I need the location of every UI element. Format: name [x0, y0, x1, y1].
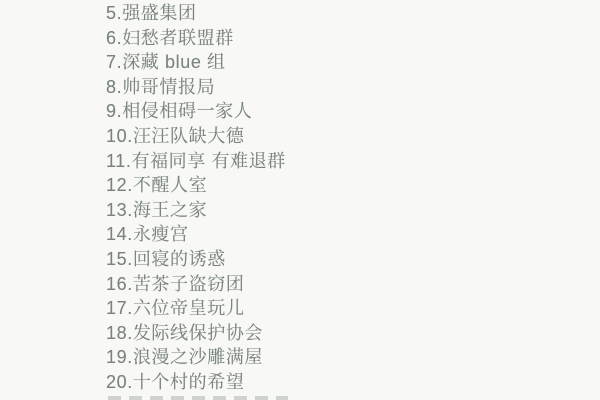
group-name-list: 5.强盛集团 6.妇愁者联盟群 7.深藏 blue 组 8.帅哥情报局 9.相侵… [0, 0, 600, 400]
list-item: 11.有福同享 有难退群 [106, 149, 600, 174]
list-item: 19.浪漫之沙雕满屋 [106, 345, 600, 370]
list-item: 12.不醒人室 [106, 173, 600, 198]
list-item: 15.回寝的诱惑 [106, 247, 600, 272]
list-item: 6.妇愁者联盟群 [106, 26, 600, 51]
list-item: 13.海王之家 [106, 198, 600, 223]
list-item: 9.相侵相碍一家人 [106, 99, 600, 124]
list-item: 7.深藏 blue 组 [106, 50, 600, 75]
list-item: 16.苦茶子盗窃团 [106, 272, 600, 297]
list-item: 17.六位帝皇玩儿 [106, 296, 600, 321]
list-item: 10.汪汪队缺大德 [106, 124, 600, 149]
next-line-top-sliver [108, 396, 288, 400]
list-item: 14.永瘦宫 [106, 222, 600, 247]
list-item: 20.十个村的希望 [106, 370, 600, 395]
list-item: 5.强盛集团 [106, 1, 600, 26]
list-item: 18.发际线保护协会 [106, 321, 600, 346]
list-item: 8.帅哥情报局 [106, 75, 600, 100]
